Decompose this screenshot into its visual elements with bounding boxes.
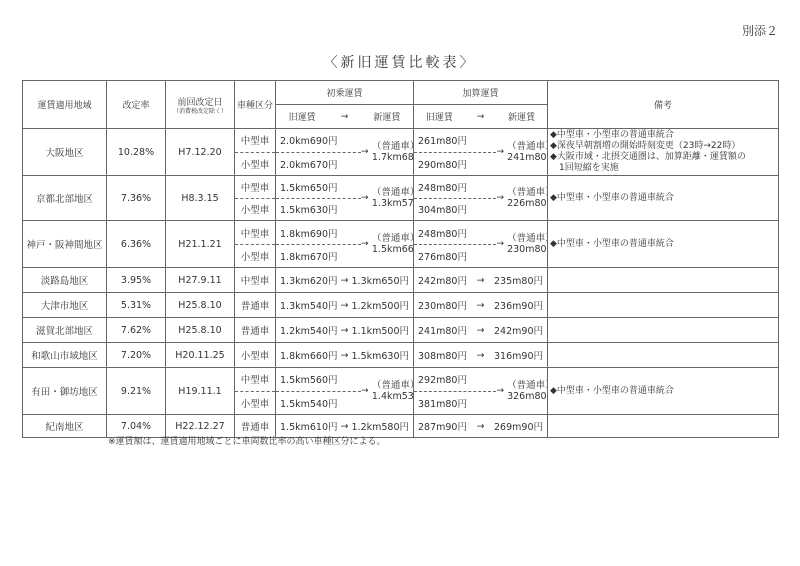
new-value: 226m80円 [507, 198, 547, 209]
region-cell: 紀南地区 [23, 415, 107, 438]
header-old: 旧運賃 [426, 110, 453, 123]
initial-new: 1.1km500円 [352, 323, 410, 337]
arrow-icon: → [477, 112, 485, 122]
arrow-icon: → [361, 239, 372, 249]
header-add-fare: 加算運賃 [414, 81, 548, 105]
initial-old-small: 2.0km670円 [276, 153, 361, 176]
add-old: 242m80円 [418, 273, 467, 287]
new-type-label: （普通車） [372, 380, 413, 391]
region-cell: 滋賀北部地区 [23, 318, 107, 343]
header-car-type: 車種区分 [235, 81, 276, 129]
region-cell: 大津市地区 [23, 293, 107, 318]
note-line: ◆大阪市域・北摂交通圏は、加算距離・運賃額の [550, 152, 778, 163]
header-notes: 備考 [548, 81, 779, 129]
arrow-icon: → [477, 300, 485, 311]
initial-new: 1.2km580円 [352, 419, 410, 433]
initial-new: （普通車） 1.4km530円 [372, 380, 413, 402]
new-type-label: （普通車） [507, 233, 547, 244]
note-line: ◆中型車・小型車の普通車統合 [550, 193, 778, 204]
region-cell: 有田・御坊地区 [23, 368, 107, 415]
header-old: 旧運賃 [289, 110, 316, 123]
initial-fare-cell: 1.3km620円 → 1.3km650円 [276, 268, 414, 293]
arrow-icon: → [341, 112, 349, 122]
new-value: 1.5km660円 [372, 244, 413, 255]
car-type-cell: 普通車 [235, 293, 276, 318]
initial-old-small: 1.8km670円 [276, 245, 361, 267]
add-new: 235m80円 [494, 273, 543, 287]
table-row: 淡路島地区 3.95% H27.9.11 中型車 1.3km620円 → 1.3… [23, 268, 779, 293]
new-type-label: （普通車） [507, 187, 547, 198]
notes-cell: ◆中型車・小型車の普通車統合 ◆深夜早朝割増の開始時刻変更（23時→22時） ◆… [548, 129, 779, 176]
region-cell: 神戸・阪神間地区 [23, 221, 107, 268]
prev-date-cell: H7.12.20 [166, 129, 235, 176]
notes-cell [548, 415, 779, 438]
initial-old: 1.5km610円 [280, 419, 338, 433]
initial-new: 1.5km630円 [352, 348, 410, 362]
new-value: 241m80円 [507, 152, 547, 163]
add-fare-cell: 230m80円 → 236m90円 [414, 293, 548, 318]
initial-new: （普通車） 1.5km660円 [372, 233, 413, 255]
add-old-small: 276m80円 [414, 245, 496, 267]
car-type-cell: 中型車 小型車 [235, 368, 276, 415]
add-new: （普通車） 326m80円 [507, 380, 547, 402]
arrow-icon: → [361, 147, 372, 157]
car-type-cell: 中型車 小型車 [235, 176, 276, 221]
car-type-small: 小型車 [235, 153, 275, 176]
initial-fare-cell: 1.8km660円 → 1.5km630円 [276, 343, 414, 368]
prev-date-cell: H20.11.25 [166, 343, 235, 368]
table-row: 大津市地区 5.31% H25.8.10 普通車 1.3km540円 → 1.2… [23, 293, 779, 318]
initial-old-medium: 1.5km650円 [276, 176, 361, 199]
new-value: 326m80円 [507, 391, 547, 402]
header-prev-date-label: 前回改定日 [177, 98, 222, 108]
add-new: 316m90円 [494, 348, 543, 362]
note-line: ◆中型車・小型車の普通車統合 [550, 386, 778, 397]
initial-old-small: 1.5km630円 [276, 199, 361, 221]
initial-fare-cell: 1.8km690円 1.8km670円 → （普通車） 1.5km660円 [276, 221, 414, 268]
car-type-cell: 普通車 [235, 318, 276, 343]
add-fare-cell: 248m80円 276m80円 → （普通車） 230m80円 [414, 221, 548, 268]
prev-date-cell: H21.1.21 [166, 221, 235, 268]
rate-cell: 9.21% [107, 368, 166, 415]
arrow-icon: → [341, 300, 349, 311]
new-value: 230m80円 [507, 244, 547, 255]
new-type-label: （普通車） [372, 233, 413, 244]
header-prev-date-note: （消費税改定除く） [166, 108, 234, 115]
initial-new: （普通車） 1.7km680円 [372, 141, 413, 163]
new-value: 1.4km530円 [372, 391, 413, 402]
table-row: 大阪地区 10.28% H7.12.20 中型車 小型車 2.0km690円 2… [23, 129, 779, 176]
initial-old: 1.3km540円 [280, 298, 338, 312]
add-fare-cell: 261m80円 290m80円 → （普通車） 241m80円 [414, 129, 548, 176]
add-fare-cell: 287m90円 → 269m90円 [414, 415, 548, 438]
add-fare-cell: 241m80円 → 242m90円 [414, 318, 548, 343]
car-type-small: 小型車 [235, 199, 275, 221]
arrow-icon: → [341, 325, 349, 336]
arrow-icon: → [496, 147, 507, 157]
note-line: 1回短縮を実施 [550, 163, 778, 174]
prev-date-cell: H19.11.1 [166, 368, 235, 415]
car-type-small: 小型車 [235, 392, 275, 415]
new-type-label: （普通車） [372, 187, 413, 198]
notes-cell: ◆中型車・小型車の普通車統合 [548, 221, 779, 268]
initial-fare-cell: 2.0km690円 2.0km670円 → （普通車） 1.7km680円 [276, 129, 414, 176]
rate-cell: 3.95% [107, 268, 166, 293]
notes-cell [548, 318, 779, 343]
arrow-icon: → [477, 421, 485, 432]
rate-cell: 7.20% [107, 343, 166, 368]
arrow-icon: → [477, 275, 485, 286]
car-type-medium: 中型車 [235, 176, 275, 199]
prev-date-cell: H27.9.11 [166, 268, 235, 293]
annex-label: 別添２ [742, 22, 778, 39]
page-title: 〈新旧運賃比較表〉 [0, 52, 800, 72]
add-new: 269m90円 [494, 419, 543, 433]
region-cell: 和歌山市域地区 [23, 343, 107, 368]
car-type-medium: 中型車 [235, 368, 275, 392]
footnote: ※運賃額は、運賃適用地域ごとに車両数比率の高い車種区分による。 [108, 434, 386, 447]
initial-new: 1.3km650円 [352, 273, 410, 287]
header-add-old-new: 旧運賃 → 新運賃 [414, 105, 548, 129]
region-cell: 淡路島地区 [23, 268, 107, 293]
new-type-label: （普通車） [372, 141, 413, 152]
prev-date-cell: H25.8.10 [166, 318, 235, 343]
arrow-icon: → [361, 193, 372, 203]
arrow-icon: → [361, 386, 372, 396]
note-line: ◆中型車・小型車の普通車統合 [550, 239, 778, 250]
header-rate: 改定率 [107, 81, 166, 129]
add-new: 242m90円 [494, 323, 543, 337]
add-fare-cell: 242m80円 → 235m80円 [414, 268, 548, 293]
rate-cell: 7.36% [107, 176, 166, 221]
arrow-icon: → [341, 275, 349, 286]
initial-fare-cell: 1.3km540円 → 1.2km500円 [276, 293, 414, 318]
table-row: 滋賀北部地区 7.62% H25.8.10 普通車 1.2km540円 → 1.… [23, 318, 779, 343]
initial-old-medium: 1.8km690円 [276, 222, 361, 245]
notes-cell [548, 293, 779, 318]
add-old-small: 290m80円 [414, 153, 496, 176]
rate-cell: 7.62% [107, 318, 166, 343]
car-type-cell: 中型車 小型車 [235, 221, 276, 268]
initial-fare-cell: 1.2km540円 → 1.1km500円 [276, 318, 414, 343]
arrow-icon: → [341, 350, 349, 361]
car-type-small: 小型車 [235, 245, 275, 267]
table-row: 神戸・阪神間地区 6.36% H21.1.21 中型車 小型車 1.8km690… [23, 221, 779, 268]
arrow-icon: → [496, 193, 507, 203]
arrow-icon: → [477, 325, 485, 336]
add-old: 308m80円 [418, 348, 467, 362]
table-row: 京都北部地区 7.36% H8.3.15 中型車 小型車 1.5km650円 1… [23, 176, 779, 221]
add-old: 230m80円 [418, 298, 467, 312]
car-type-cell: 中型車 小型車 [235, 129, 276, 176]
header-new: 新運賃 [373, 110, 400, 123]
add-fare-cell: 248m80円 304m80円 → （普通車） 226m80円 [414, 176, 548, 221]
notes-cell [548, 343, 779, 368]
initial-fare-cell: 1.5km560円 1.5km540円 → （普通車） 1.4km530円 [276, 368, 414, 415]
fare-comparison-table: 運賃適用地域 改定率 前回改定日 （消費税改定除く） 車種区分 初乗運賃 加算運… [22, 80, 779, 438]
initial-old-medium: 1.5km560円 [276, 368, 361, 392]
arrow-icon: → [341, 421, 349, 432]
header-initial-fare: 初乗運賃 [276, 81, 414, 105]
initial-old: 1.8km660円 [280, 348, 338, 362]
add-old-small: 381m80円 [414, 392, 496, 415]
prev-date-cell: H25.8.10 [166, 293, 235, 318]
rate-cell: 10.28% [107, 129, 166, 176]
note-line: ◆中型車・小型車の普通車統合 [550, 130, 778, 141]
notes-cell: ◆中型車・小型車の普通車統合 [548, 176, 779, 221]
initial-old-small: 1.5km540円 [276, 392, 361, 415]
table-row: 和歌山市域地区 7.20% H20.11.25 小型車 1.8km660円 → … [23, 343, 779, 368]
add-old-small: 304m80円 [414, 199, 496, 221]
note-line: ◆深夜早朝割増の開始時刻変更（23時→22時） [550, 141, 778, 152]
header-new: 新運賃 [508, 110, 535, 123]
car-type-medium: 中型車 [235, 129, 275, 153]
region-cell: 大阪地区 [23, 129, 107, 176]
add-fare-cell: 308m80円 → 316m90円 [414, 343, 548, 368]
add-old-medium: 261m80円 [414, 129, 496, 153]
rate-cell: 6.36% [107, 221, 166, 268]
initial-old: 1.2km540円 [280, 323, 338, 337]
car-type-cell: 小型車 [235, 343, 276, 368]
rate-cell: 5.31% [107, 293, 166, 318]
new-type-label: （普通車） [507, 380, 547, 391]
table-row: 有田・御坊地区 9.21% H19.11.1 中型車 小型車 1.5km560円… [23, 368, 779, 415]
notes-cell [548, 268, 779, 293]
add-new: （普通車） 241m80円 [507, 141, 547, 163]
add-fare-cell: 292m80円 381m80円 → （普通車） 326m80円 [414, 368, 548, 415]
add-old: 241m80円 [418, 323, 467, 337]
add-new: 236m90円 [494, 298, 543, 312]
initial-fare-cell: 1.5km650円 1.5km630円 → （普通車） 1.3km570円 [276, 176, 414, 221]
add-old: 287m90円 [418, 419, 467, 433]
arrow-icon: → [496, 386, 507, 396]
initial-new: 1.2km500円 [352, 298, 410, 312]
prev-date-cell: H8.3.15 [166, 176, 235, 221]
car-type-cell: 中型車 [235, 268, 276, 293]
header-prev-date: 前回改定日 （消費税改定除く） [166, 81, 235, 129]
notes-cell: ◆中型車・小型車の普通車統合 [548, 368, 779, 415]
initial-old: 1.3km620円 [280, 273, 338, 287]
add-old-medium: 248m80円 [414, 176, 496, 199]
add-new: （普通車） 226m80円 [507, 187, 547, 209]
header-region: 運賃適用地域 [23, 81, 107, 129]
new-value: 1.7km680円 [372, 152, 413, 163]
add-new: （普通車） 230m80円 [507, 233, 547, 255]
arrow-icon: → [496, 239, 507, 249]
arrow-icon: → [477, 350, 485, 361]
add-old-medium: 292m80円 [414, 368, 496, 392]
header-initial-old-new: 旧運賃 → 新運賃 [276, 105, 414, 129]
car-type-medium: 中型車 [235, 222, 275, 245]
new-type-label: （普通車） [507, 141, 547, 152]
initial-new: （普通車） 1.3km570円 [372, 187, 413, 209]
region-cell: 京都北部地区 [23, 176, 107, 221]
new-value: 1.3km570円 [372, 198, 413, 209]
initial-old-medium: 2.0km690円 [276, 129, 361, 153]
add-old-medium: 248m80円 [414, 222, 496, 245]
